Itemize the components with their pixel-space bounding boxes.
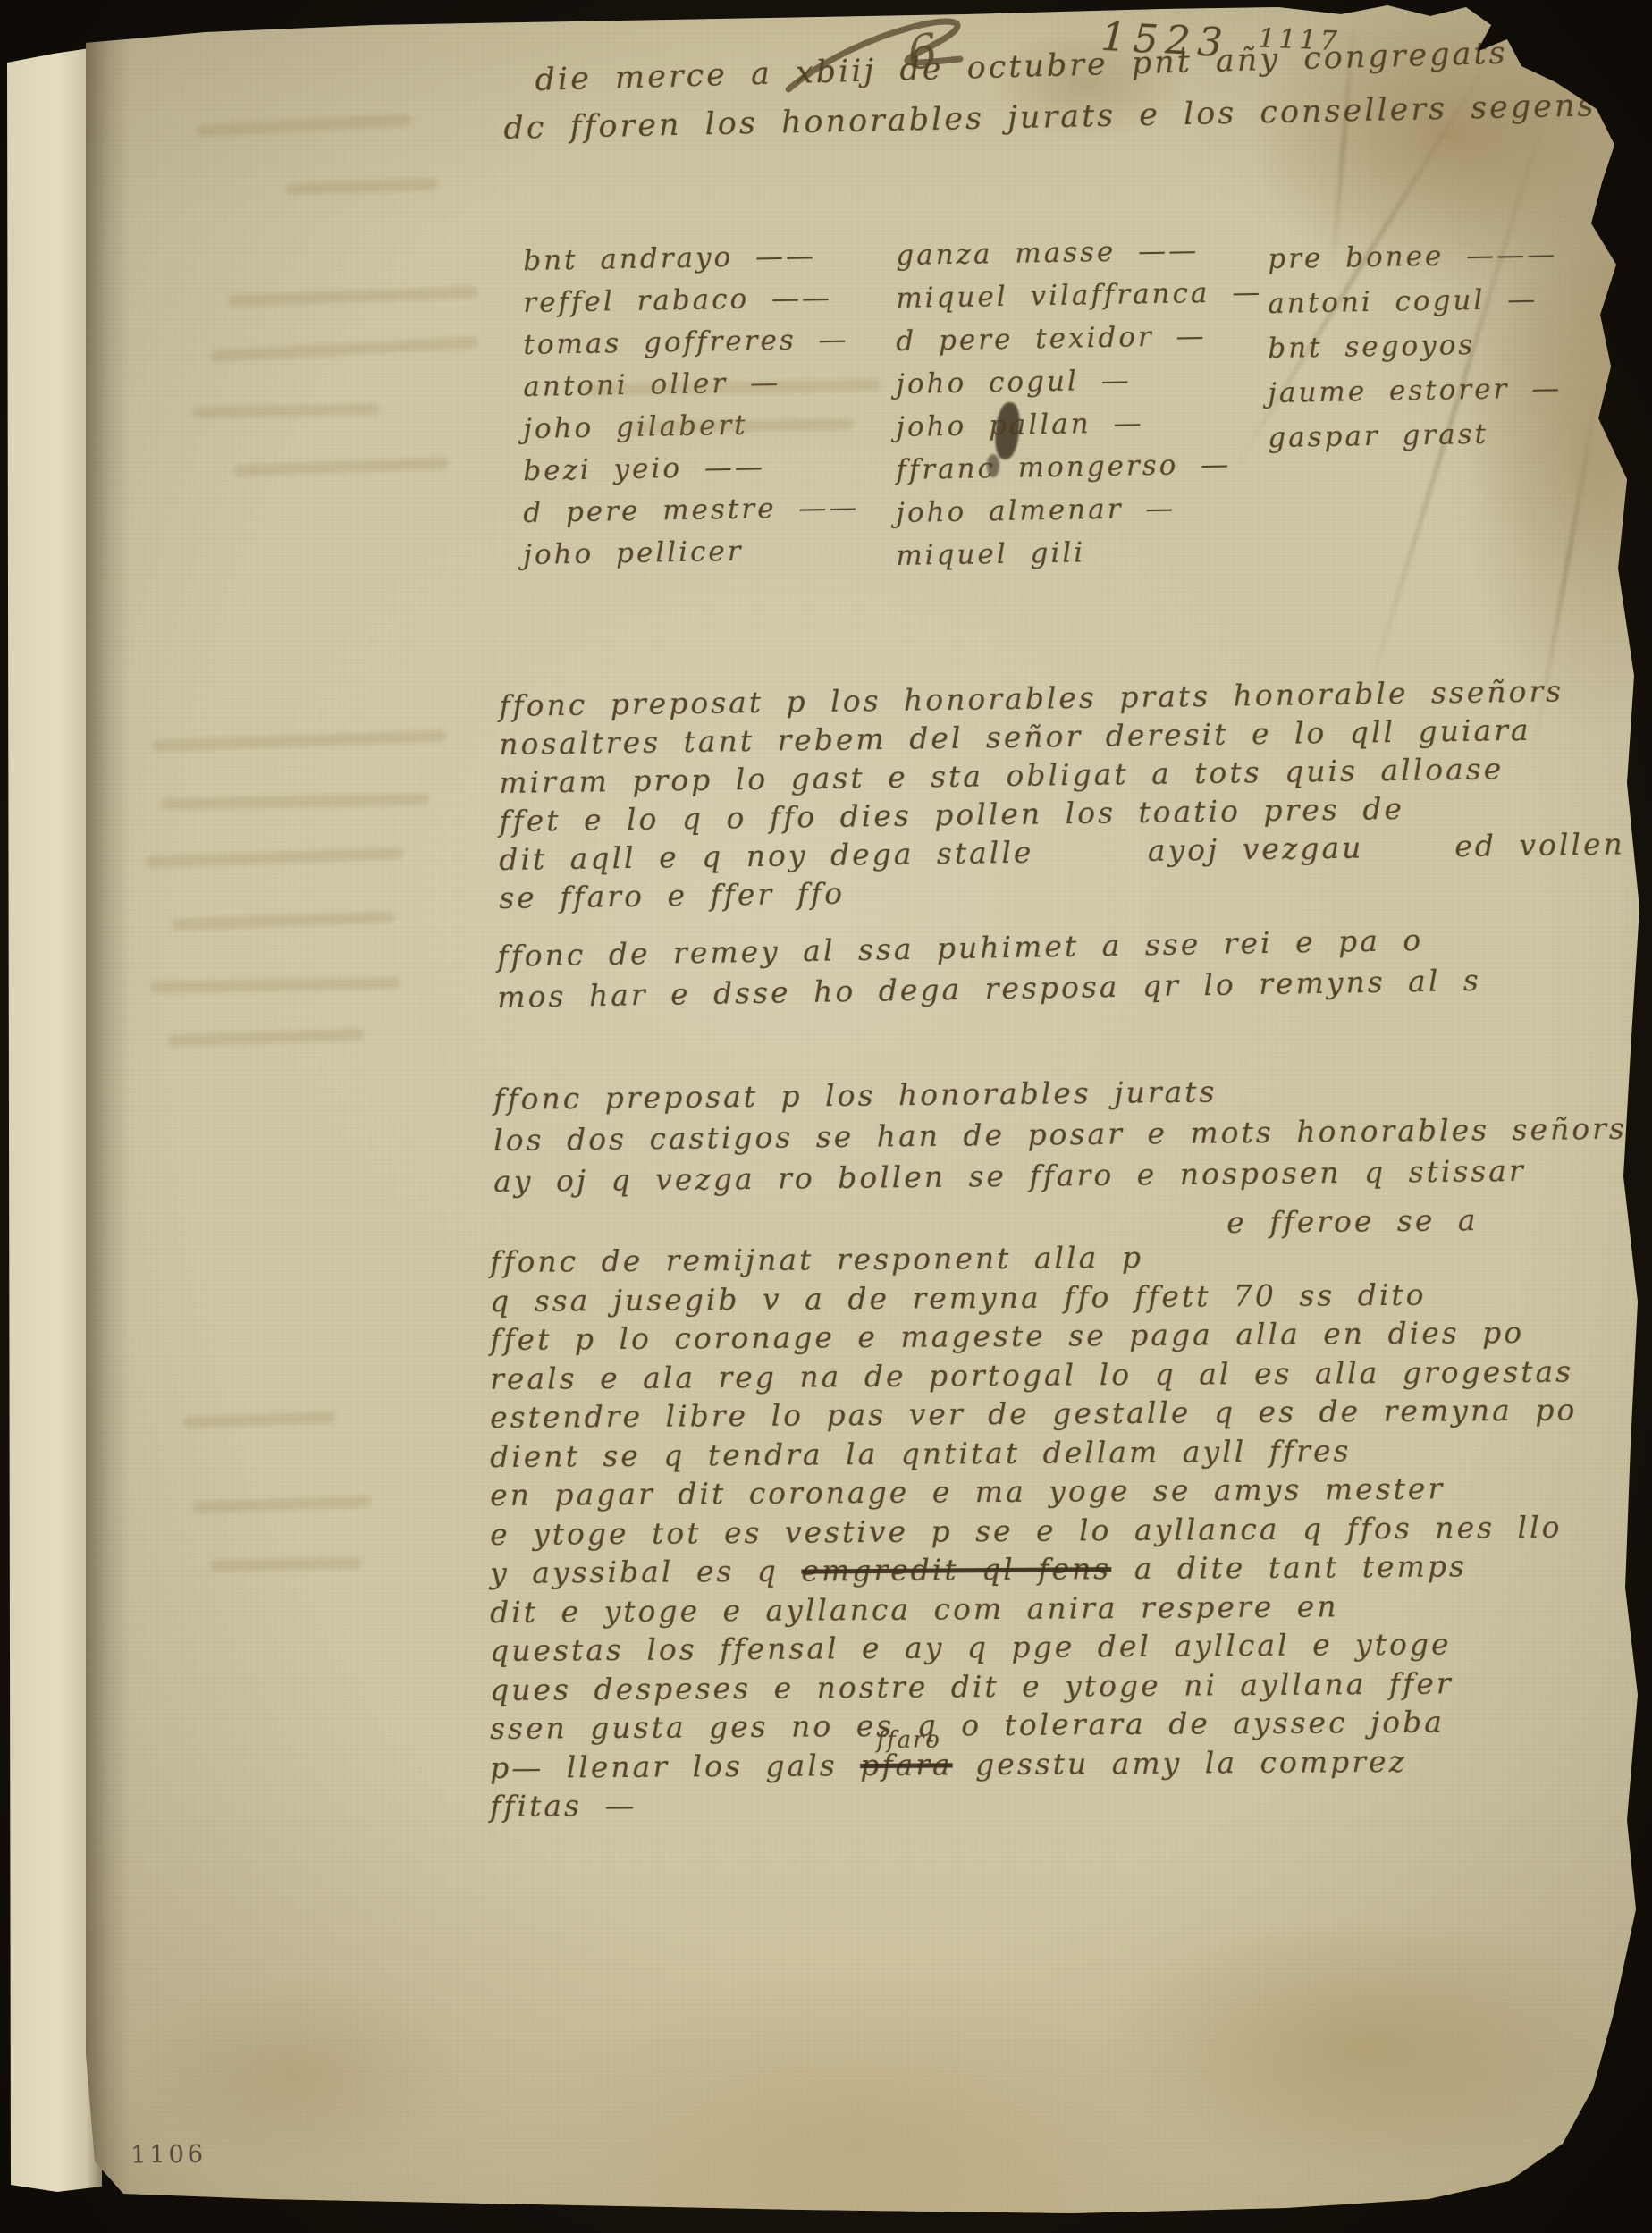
attendee-name: ffranc mongerso — [896,448,1231,486]
attendee-name: ganza masse —— [896,234,1199,272]
attendee-name: joho pellicer [523,535,744,571]
handwriting-segment: en pagar dit coronage e ma yoge se amys … [490,1471,1445,1513]
verso-showthrough-mark [152,729,447,752]
paper-crease [1361,108,1547,708]
binding-gutter-shadow [86,0,131,2233]
attendee-name: miquel gili [896,536,1085,572]
verso-showthrough-mark [192,1496,371,1513]
handwriting-segment: a dite tant temps [1111,1548,1467,1586]
handwriting-segment: ffitas — [490,1788,637,1824]
struck-word: emgredit ql fens [801,1551,1111,1588]
handwriting-segment: e fferoe se a [1226,1202,1479,1240]
heading-line: die merce a xbiij de octubre pnt añy con… [535,31,1652,98]
verso-showthrough-mark [234,458,449,476]
inserted-correction: ffaro [877,1726,941,1754]
handwriting-line: ffonc preposat p los honorables jurats [493,1074,1218,1116]
attendee-name: jaume estorer — [1268,372,1562,409]
attendee-name: miquel vilaffranca — [896,276,1263,315]
verso-showthrough-mark [228,286,478,307]
handwriting-line: ffitas — [490,1788,637,1824]
verso-showthrough-mark [286,178,438,195]
handwriting-segment: se ffaro e ffer ffo [499,876,845,915]
handwriting-segment: ques despeses e nostre dit e ytoge ni ay… [490,1665,1454,1707]
verso-showthrough-mark [183,1411,335,1428]
handwriting-segment: dit e ytoge e ayllanca com anira respere… [490,1588,1339,1630]
handwriting-segment: ssen gusta ges no es q o tolerara de ays… [490,1705,1445,1746]
handwriting-line: ay oj q vezga ro bollen se ffaro e nospo… [493,1153,1526,1199]
handwriting-segment: ffonc preposat p los honorables jurats [493,1074,1218,1116]
heading-line: dc fforen los honorables jurats e los co… [503,88,1597,147]
struck-word: pfaraffaro [860,1747,953,1782]
handwriting-segment: y ayssibal es q [490,1554,802,1590]
handwriting-line: questas los ffensal e ay q pge del ayllc… [490,1626,1452,1668]
verso-showthrough-mark [161,794,429,810]
attendee-name: bnt segoyos [1268,329,1476,365]
handwriting-line: y ayssibal es q emgredit ql fens a dite … [490,1548,1467,1590]
handwriting-line: ffonc de remijnat responent alla p [490,1240,1143,1279]
verso-showthrough-mark [168,1028,365,1047]
verso-showthrough-mark [192,403,380,418]
folio-number-bottom: 1106 [131,2141,206,2170]
verso-showthrough-mark [172,911,395,931]
manuscript-photo: 6 152311171106die merce a xbiij de octub… [0,0,1652,2233]
handwriting-line: p— llenar los gals pfaraffaro gesstu amy… [490,1743,1407,1784]
handwriting-segment: q ssa jusegib v a de remyna ffo ffett 70… [490,1277,1427,1318]
handwriting-line: dient se q tendra la qntitat dellam ayll… [490,1433,1352,1474]
verso-showthrough-mark [197,114,411,137]
handwriting-segment: reals e ala reg na de portogal lo q al e… [490,1353,1573,1395]
handwriting-segment: ffet p lo coronage e mageste se paga all… [490,1315,1524,1357]
handwriting-line: los dos castigos se han de posar e mots … [493,1111,1627,1158]
attendee-name: gaspar grast [1268,418,1488,454]
handwriting-line: estendre libre lo pas ver de gestalle q … [490,1393,1577,1435]
handwriting-segment: dient se q tendra la qntitat dellam ayll… [490,1433,1352,1474]
attendee-name: tomas goffreres — [523,324,849,361]
handwriting-segment: e ytoge tot es vestive p se e lo ayllanc… [490,1509,1563,1551]
attendee-name: pre bonee ——— [1268,238,1557,275]
handwriting-line: e fferoe se a [1226,1202,1479,1240]
handwriting-segment: los dos castigos se han de posar e mots … [493,1111,1627,1158]
verso-showthrough-mark [210,336,478,362]
attendee-name: d pere mestre —— [523,491,860,529]
handwriting-segment: p— llenar los gals [490,1748,860,1785]
handwriting-line: ques despeses e nostre dit e ytoge ni ay… [490,1665,1454,1707]
handwriting-line: ffet p lo coronage e mageste se paga all… [490,1315,1524,1357]
handwriting-line: ssen gusta ges no es q o tolerara de ays… [490,1705,1445,1746]
handwriting-line: q ssa jusegib v a de remyna ffo ffett 70… [490,1277,1427,1318]
handwriting-segment: gesstu amy la comprez [953,1743,1408,1782]
handwriting-line: en pagar dit coronage e ma yoge se amys … [490,1471,1445,1513]
attendee-name: bezi yeio —— [523,451,765,487]
attendee-name: joho pallan — [896,407,1144,443]
handwriting-segment: questas los ffensal e ay q pge del ayllc… [490,1626,1452,1668]
manuscript-page: 6 152311171106die merce a xbiij de octub… [0,0,1652,2233]
handwriting-line: se ffaro e ffer ffo [499,876,845,915]
attendee-name: antoni cogul — [1268,283,1538,320]
handwriting-segment: estendre libre lo pas ver de gestalle q … [490,1393,1577,1435]
attendee-name: bnt andrayo —— [523,240,816,277]
verso-showthrough-mark [145,847,404,868]
handwriting-line: reals e ala reg na de portogal lo q al e… [490,1353,1573,1395]
handwriting-line: e ytoge tot es vestive p se e lo ayllanc… [490,1509,1563,1551]
verso-showthrough-mark [150,977,400,993]
attendee-name: joho almenar — [896,493,1176,529]
verso-showthrough-mark [210,1557,362,1572]
attendee-name: joho cogul — [896,364,1132,400]
handwriting-segment: ay oj q vezga ro bollen se ffaro e nospo… [493,1153,1526,1199]
handwriting-line: dit e ytoge e ayllanca com anira respere… [490,1588,1339,1630]
attendee-name: reffel rabaco —— [523,282,832,319]
handwriting-segment: ffonc de remijnat responent alla p [490,1240,1143,1279]
attendee-name: d pere texidor — [896,320,1207,358]
